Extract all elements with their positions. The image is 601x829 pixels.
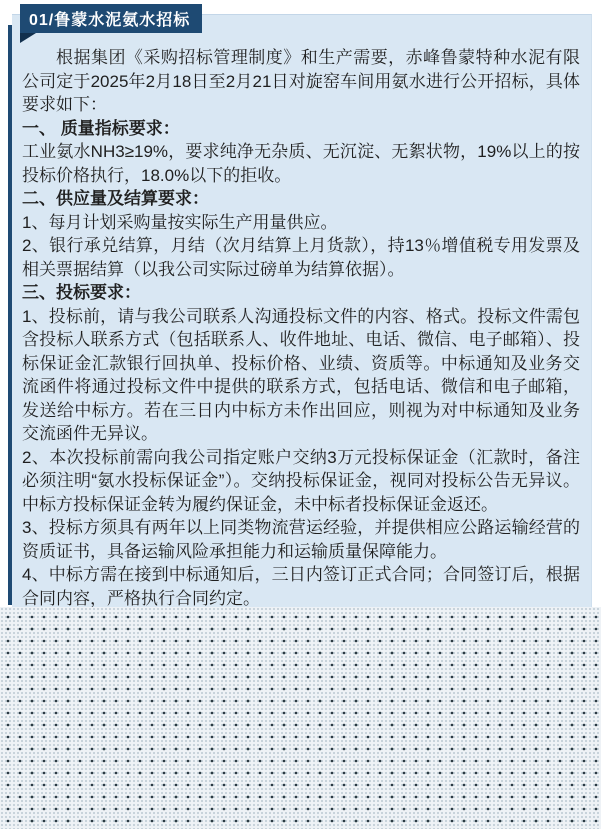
heading-quality: 一、 质量指标要求： <box>22 117 580 141</box>
heading-supply: 二、供应量及结算要求： <box>22 187 580 211</box>
paragraph-supply-2: 2、银行承兑结算，月结（次月结算上月货款），持13％增值税专用发票及相关票据结算… <box>22 234 580 281</box>
paragraph-quality: 工业氨水NH3≥19%，要求纯净无杂质、无沉淀、无絮状物，19%以上的按投标价格… <box>22 140 580 187</box>
paragraph-bidding-4: 4、中标方需在接到中标通知后，三日内签订正式合同；合同签订后，根据合同内容，严格… <box>22 563 580 610</box>
paragraph-intro: 根据集团《采购招标管理制度》和生产需要，赤峰鲁蒙特种水泥有限公司定于2025年2… <box>22 46 580 117</box>
halftone-dot-pattern <box>0 607 601 829</box>
tender-notice-text: 根据集团《采购招标管理制度》和生产需要，赤峰鲁蒙特种水泥有限公司定于2025年2… <box>22 46 580 634</box>
ribbon-fold-triangle <box>20 33 36 43</box>
paragraph-bidding-2: 2、本次投标前需向我公司指定账户交纳3万元投标保证金（汇款时，备注必须注明“氨水… <box>22 446 580 517</box>
paragraph-bidding-3: 3、投标方须具有两年以上同类物流营运经验，并提供相应公路运输经营的资质证书，具备… <box>22 516 580 563</box>
heading-bidding: 三、投标要求： <box>22 281 580 305</box>
section-title-ribbon: 01/鲁蒙水泥氨水招标 <box>20 4 202 33</box>
paragraph-bidding-1: 1、投标前，请与我公司联系人沟通投标文件的内容、格式。投标文件需包含投标人联系方… <box>22 305 580 446</box>
section-title: 01/鲁蒙水泥氨水招标 <box>29 7 190 30</box>
tender-notice-panel: 根据集团《采购招标管理制度》和生产需要，赤峰鲁蒙特种水泥有限公司定于2025年2… <box>12 14 592 607</box>
article-page: 01/鲁蒙水泥氨水招标 根据集团《采购招标管理制度》和生产需要，赤峰鲁蒙特种水泥… <box>0 0 601 829</box>
paragraph-supply-1: 1、每月计划采购量按实际生产用量供应。 <box>22 211 580 235</box>
